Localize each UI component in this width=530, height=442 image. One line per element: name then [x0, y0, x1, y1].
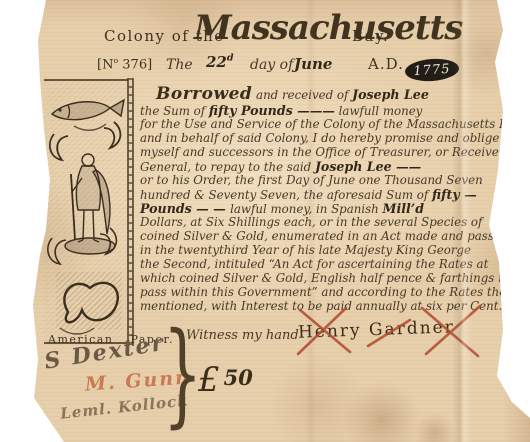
- amount-number: 50: [224, 365, 253, 390]
- colony-suffix-text: Bay.: [352, 27, 389, 45]
- ad-label: A.D.: [368, 55, 404, 73]
- scroll-monogram-icon: [56, 272, 122, 334]
- year-oval-badge: 1775: [404, 57, 459, 83]
- body-line: coined Silver & Gold, enumerated in an A…: [140, 230, 508, 243]
- date-day-ordinal: d: [227, 53, 234, 64]
- year-text: 1775: [413, 61, 451, 79]
- payee-name-handwritten: Joseph Lee ——: [315, 159, 421, 174]
- body-line: for the Use and Service of the Colony of…: [140, 118, 524, 131]
- sum-handwritten: fifty —: [432, 187, 477, 202]
- body-line: Pounds — — lawful money, in Spanish Mill…: [140, 202, 424, 216]
- sum-handwritten: Pounds — —: [140, 201, 230, 216]
- body-line: Borrowed and received of Joseph Lee: [156, 88, 429, 102]
- body-line: the Sum of fifty Pounds ——— lawfull mone…: [140, 104, 422, 118]
- amount-value: £50: [198, 360, 249, 400]
- milld-handwritten: Mill’d: [383, 201, 424, 216]
- printed-text: the Sum of: [140, 104, 209, 118]
- document-number-pre: [N: [97, 57, 113, 72]
- printed-text: hundred & Seventy Seven, the aforesaid S…: [140, 188, 432, 202]
- body-line: hundred & Seventy Seven, the aforesaid S…: [140, 188, 477, 202]
- document-number: [No 376]: [97, 56, 152, 72]
- date-day-of-text: day of: [250, 57, 293, 73]
- engraved-scrollwork-border: [44, 78, 136, 346]
- aged-paper-sheet: Colony of the Massachusetts Bay. [No 376…: [0, 0, 530, 442]
- curly-brace: }: [163, 330, 202, 420]
- body-line: myself and successors in the Office of T…: [140, 146, 504, 159]
- date-word-the: The: [166, 57, 193, 73]
- payee-name-handwritten: Joseph Lee: [352, 87, 429, 102]
- body-line: in the twentythird Year of his late Maje…: [140, 244, 471, 257]
- printed-text: lawful money, in Spanish: [230, 202, 382, 216]
- body-line: Dollars, at Six Shillings each, or in th…: [140, 216, 482, 229]
- body-line: which coined Silver & Gold, English half…: [140, 272, 523, 285]
- pound-sign: £: [198, 360, 220, 400]
- red-cancellation-x-marks: [280, 296, 510, 376]
- date-day-handwritten: 22d: [206, 52, 234, 71]
- document-number-post: 376]: [118, 57, 152, 72]
- body-line: or to his Order, the first Day of June o…: [140, 174, 483, 187]
- printed-text: lawfull money: [335, 104, 422, 118]
- photograph-of-document: Colony of the Massachusetts Bay. [No 376…: [0, 0, 530, 442]
- sum-handwritten: fifty Pounds ———: [209, 103, 335, 118]
- body-line: the Second, intituled “An Act for ascert…: [140, 258, 488, 271]
- date-day-number: 22: [206, 53, 227, 71]
- printed-text: and received of: [252, 88, 352, 102]
- body-line: General, to repay to the said Joseph Lee…: [140, 160, 421, 174]
- body-line: and in behalf of said Colony, I do hereb…: [140, 132, 499, 145]
- printed-text: General, to repay to the said: [140, 160, 315, 174]
- colony-name-calligraphy: Massachusetts: [194, 8, 462, 48]
- date-month-handwritten: June: [294, 55, 332, 73]
- word-borrowed: Borrowed: [156, 84, 252, 104]
